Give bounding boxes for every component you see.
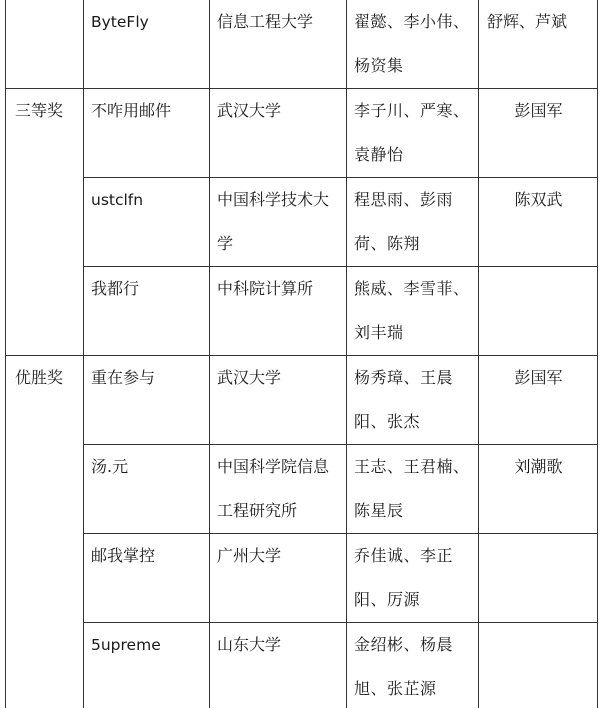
members-cell: 李子川、严寒、袁静怡 (347, 89, 479, 178)
table-row: 5upreme 山东大学 金绍彬、杨晨旭、张芷源 (6, 623, 598, 708)
table-row: 三等奖 不咋用邮件 武汉大学 李子川、严寒、袁静怡 彭国军 (6, 89, 598, 178)
advisor-cell: 舒辉、芦斌 (479, 0, 598, 89)
members-cell: 王志、王君楠、陈星辰 (347, 445, 479, 534)
members-cell: 翟懿、李小伟、杨资集 (347, 0, 479, 89)
table-row: ustclfn 中国科学技术大学 程思雨、彭雨荷、陈翔 陈双武 (6, 178, 598, 267)
institution-cell: 武汉大学 (210, 89, 347, 178)
team-name-cell: 汤.元 (84, 445, 210, 534)
institution-cell: 中国科学院信息工程研究所 (210, 445, 347, 534)
advisor-cell (479, 623, 598, 708)
advisor-cell: 彭国军 (479, 89, 598, 178)
table-row: 汤.元 中国科学院信息工程研究所 王志、王君楠、陈星辰 刘潮歌 (6, 445, 598, 534)
team-name-cell: 我都行 (84, 267, 210, 356)
advisor-cell: 陈双武 (479, 178, 598, 267)
award-results-table: ByteFly 信息工程大学 翟懿、李小伟、杨资集 舒辉、芦斌 三等奖 不咋用邮… (5, 0, 598, 708)
team-name-cell: 不咋用邮件 (84, 89, 210, 178)
institution-cell: 中国科学技术大学 (210, 178, 347, 267)
advisor-cell (479, 267, 598, 356)
institution-cell: 广州大学 (210, 534, 347, 623)
members-cell: 乔佳诚、李正阳、厉源 (347, 534, 479, 623)
table-row: 邮我掌控 广州大学 乔佳诚、李正阳、厉源 (6, 534, 598, 623)
award-level-cell (6, 0, 84, 89)
team-name-cell: ustclfn (84, 178, 210, 267)
institution-cell: 武汉大学 (210, 356, 347, 445)
team-name-cell: 邮我掌控 (84, 534, 210, 623)
table-row: 我都行 中科院计算所 熊威、李雪菲、刘丰瑞 (6, 267, 598, 356)
members-cell: 金绍彬、杨晨旭、张芷源 (347, 623, 479, 708)
table-row: ByteFly 信息工程大学 翟懿、李小伟、杨资集 舒辉、芦斌 (6, 0, 598, 89)
team-name-cell: 重在参与 (84, 356, 210, 445)
members-cell: 杨秀璋、王晨阳、张杰 (347, 356, 479, 445)
award-level-cell: 三等奖 (6, 89, 84, 356)
institution-cell: 信息工程大学 (210, 0, 347, 89)
institution-cell: 中科院计算所 (210, 267, 347, 356)
institution-cell: 山东大学 (210, 623, 347, 708)
team-name-cell: 5upreme (84, 623, 210, 708)
award-level-cell: 优胜奖 (6, 356, 84, 708)
advisor-cell (479, 534, 598, 623)
team-name-cell: ByteFly (84, 0, 210, 89)
table-row: 优胜奖 重在参与 武汉大学 杨秀璋、王晨阳、张杰 彭国军 (6, 356, 598, 445)
advisor-cell: 刘潮歌 (479, 445, 598, 534)
members-cell: 熊威、李雪菲、刘丰瑞 (347, 267, 479, 356)
advisor-cell: 彭国军 (479, 356, 598, 445)
members-cell: 程思雨、彭雨荷、陈翔 (347, 178, 479, 267)
